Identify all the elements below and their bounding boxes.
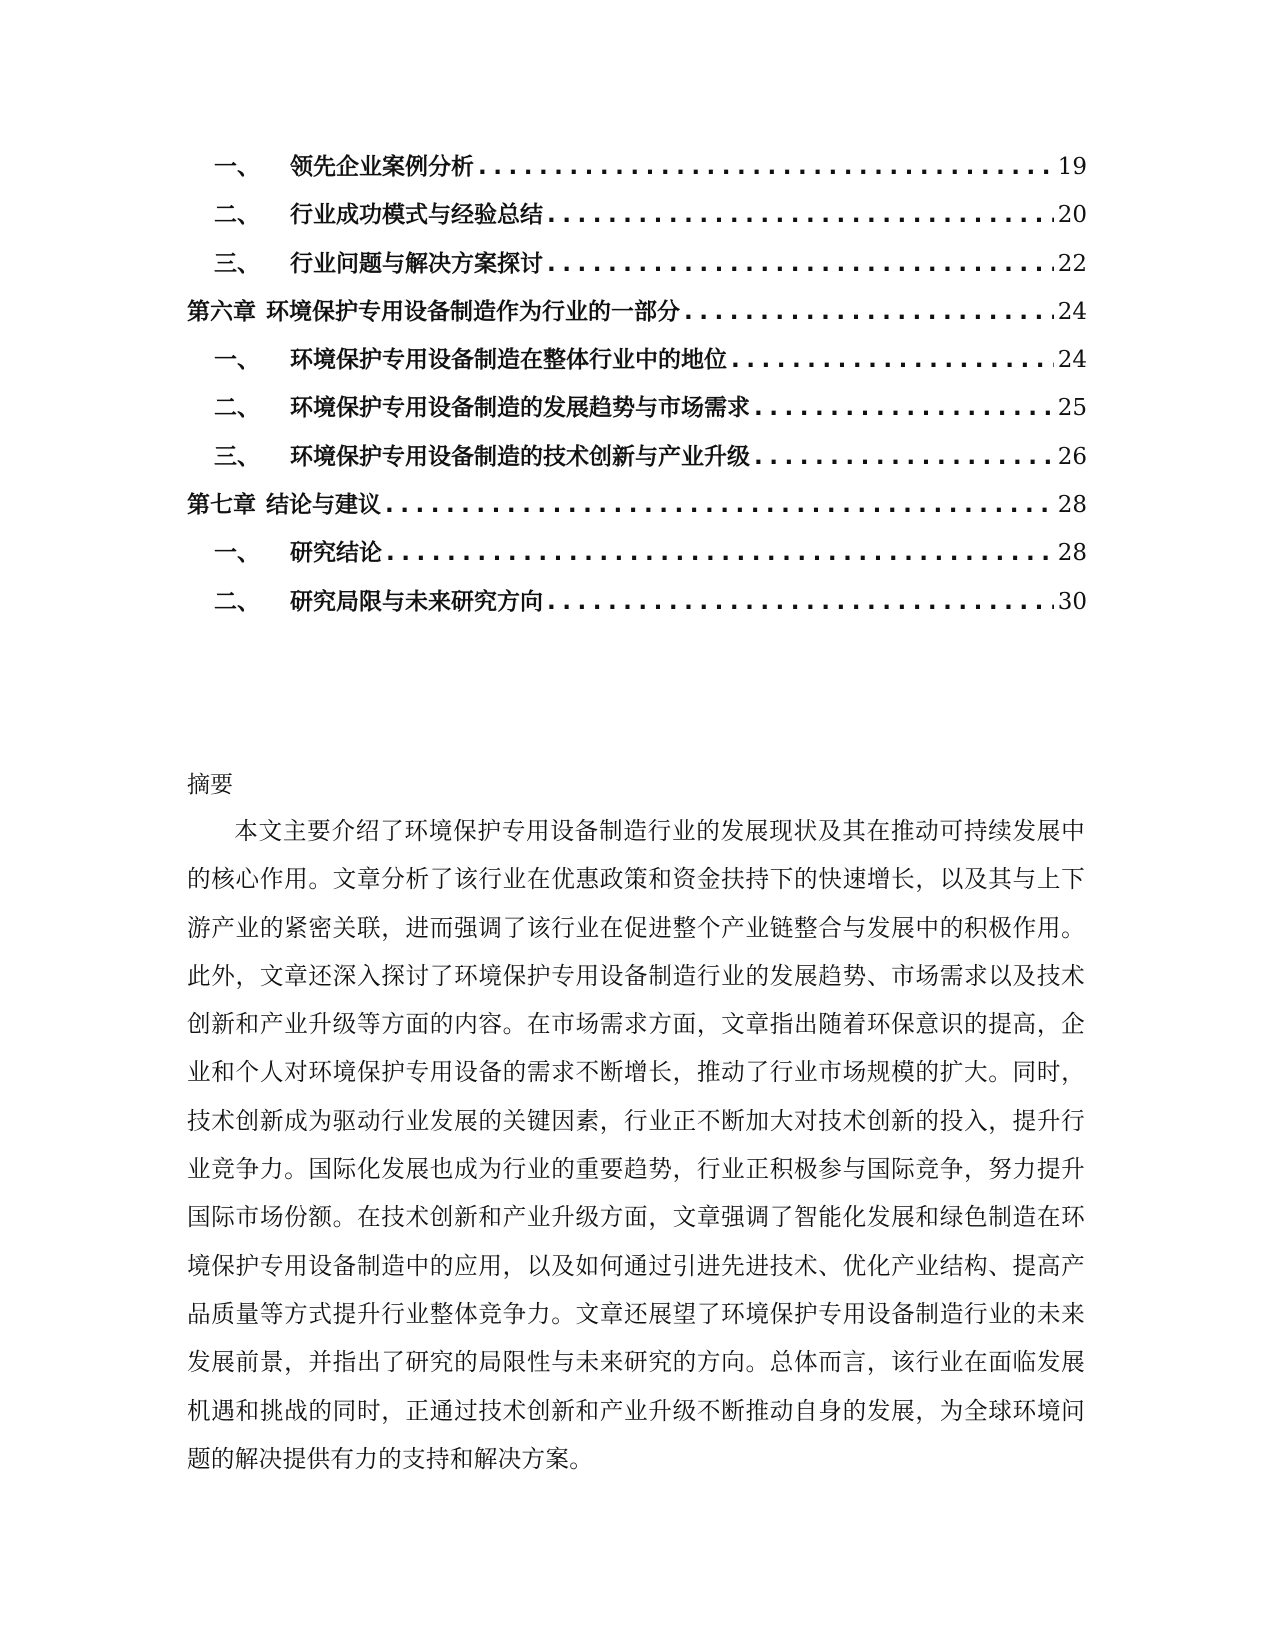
- toc-entry-title: 环境保护专用设备制造在整体行业中的地位: [290, 341, 727, 374]
- table-of-contents: 一、 领先企业案例分析 19 二、 行业成功模式与经验总结 20 三、 行业问题…: [187, 148, 1087, 631]
- toc-leader-dots: [547, 251, 1054, 277]
- toc-entry-page: 26: [1058, 444, 1087, 470]
- toc-entry-title: 环境保护专用设备制造的发展趋势与市场需求: [290, 389, 750, 422]
- toc-chapter-entry[interactable]: 第六章 环境保护专用设备制造作为行业的一部分 24: [187, 293, 1087, 341]
- abstract-heading: 摘要: [187, 763, 1085, 807]
- toc-entry[interactable]: 二、 研究局限与未来研究方向 30: [187, 583, 1087, 631]
- toc-entry-title: 研究结论: [290, 534, 382, 567]
- toc-chapter-entry[interactable]: 第七章 结论与建议 28: [187, 486, 1087, 534]
- document-page: 一、 领先企业案例分析 19 二、 行业成功模式与经验总结 20 三、 行业问题…: [0, 0, 1275, 1650]
- toc-entry-number: 二、: [214, 389, 290, 422]
- toc-entry[interactable]: 二、 行业成功模式与经验总结 20: [187, 196, 1087, 244]
- toc-leader-dots: [731, 347, 1054, 373]
- toc-chapter-number: 第六章: [187, 293, 256, 326]
- toc-leader-dots: [478, 154, 1054, 180]
- toc-entry[interactable]: 一、 研究结论 28: [187, 534, 1087, 582]
- toc-entry-title: 行业成功模式与经验总结: [290, 196, 543, 229]
- toc-leader-dots: [754, 444, 1054, 470]
- toc-entry-title: 研究局限与未来研究方向: [290, 583, 543, 616]
- toc-leader-dots: [754, 395, 1054, 421]
- toc-leader-dots: [547, 589, 1054, 615]
- toc-entry-page: 28: [1058, 540, 1087, 566]
- toc-entry-title: 领先企业案例分析: [290, 148, 474, 181]
- toc-leader-dots: [385, 492, 1054, 518]
- toc-entry[interactable]: 二、 环境保护专用设备制造的发展趋势与市场需求 25: [187, 389, 1087, 437]
- toc-entry-number: 三、: [214, 438, 290, 471]
- toc-entry-title: 环境保护专用设备制造的技术创新与产业升级: [290, 438, 750, 471]
- toc-chapter-number: 第七章: [187, 486, 256, 519]
- toc-entry-number: 二、: [214, 196, 290, 229]
- abstract-section: 摘要 本文主要介绍了环境保护专用设备制造行业的发展现状及其在推动可持续发展中的核…: [187, 763, 1085, 1483]
- toc-entry[interactable]: 三、 环境保护专用设备制造的技术创新与产业升级 26: [187, 438, 1087, 486]
- toc-entry-page: 24: [1058, 299, 1087, 325]
- toc-entry[interactable]: 一、 环境保护专用设备制造在整体行业中的地位 24: [187, 341, 1087, 389]
- toc-entry-page: 22: [1058, 251, 1087, 277]
- toc-chapter-title: 环境保护专用设备制造作为行业的一部分: [266, 293, 680, 326]
- toc-entry-number: 三、: [214, 245, 290, 278]
- toc-entry-number: 一、: [214, 341, 290, 374]
- toc-entry[interactable]: 三、 行业问题与解决方案探讨 22: [187, 245, 1087, 293]
- toc-entry-page: 30: [1058, 589, 1087, 615]
- toc-leader-dots: [547, 202, 1054, 228]
- abstract-body: 本文主要介绍了环境保护专用设备制造行业的发展现状及其在推动可持续发展中的核心作用…: [187, 807, 1085, 1483]
- toc-leader-dots: [386, 540, 1054, 566]
- toc-entry[interactable]: 一、 领先企业案例分析 19: [187, 148, 1087, 196]
- toc-entry-page: 24: [1058, 347, 1087, 373]
- toc-entry-title: 行业问题与解决方案探讨: [290, 245, 543, 278]
- toc-leader-dots: [684, 299, 1054, 325]
- toc-entry-number: 一、: [214, 534, 290, 567]
- toc-chapter-title: 结论与建议: [266, 486, 381, 519]
- toc-entry-page: 25: [1058, 395, 1087, 421]
- toc-entry-page: 28: [1058, 492, 1087, 518]
- toc-entry-number: 二、: [214, 583, 290, 616]
- toc-entry-number: 一、: [214, 148, 290, 181]
- toc-entry-page: 19: [1058, 154, 1087, 180]
- toc-entry-page: 20: [1058, 202, 1087, 228]
